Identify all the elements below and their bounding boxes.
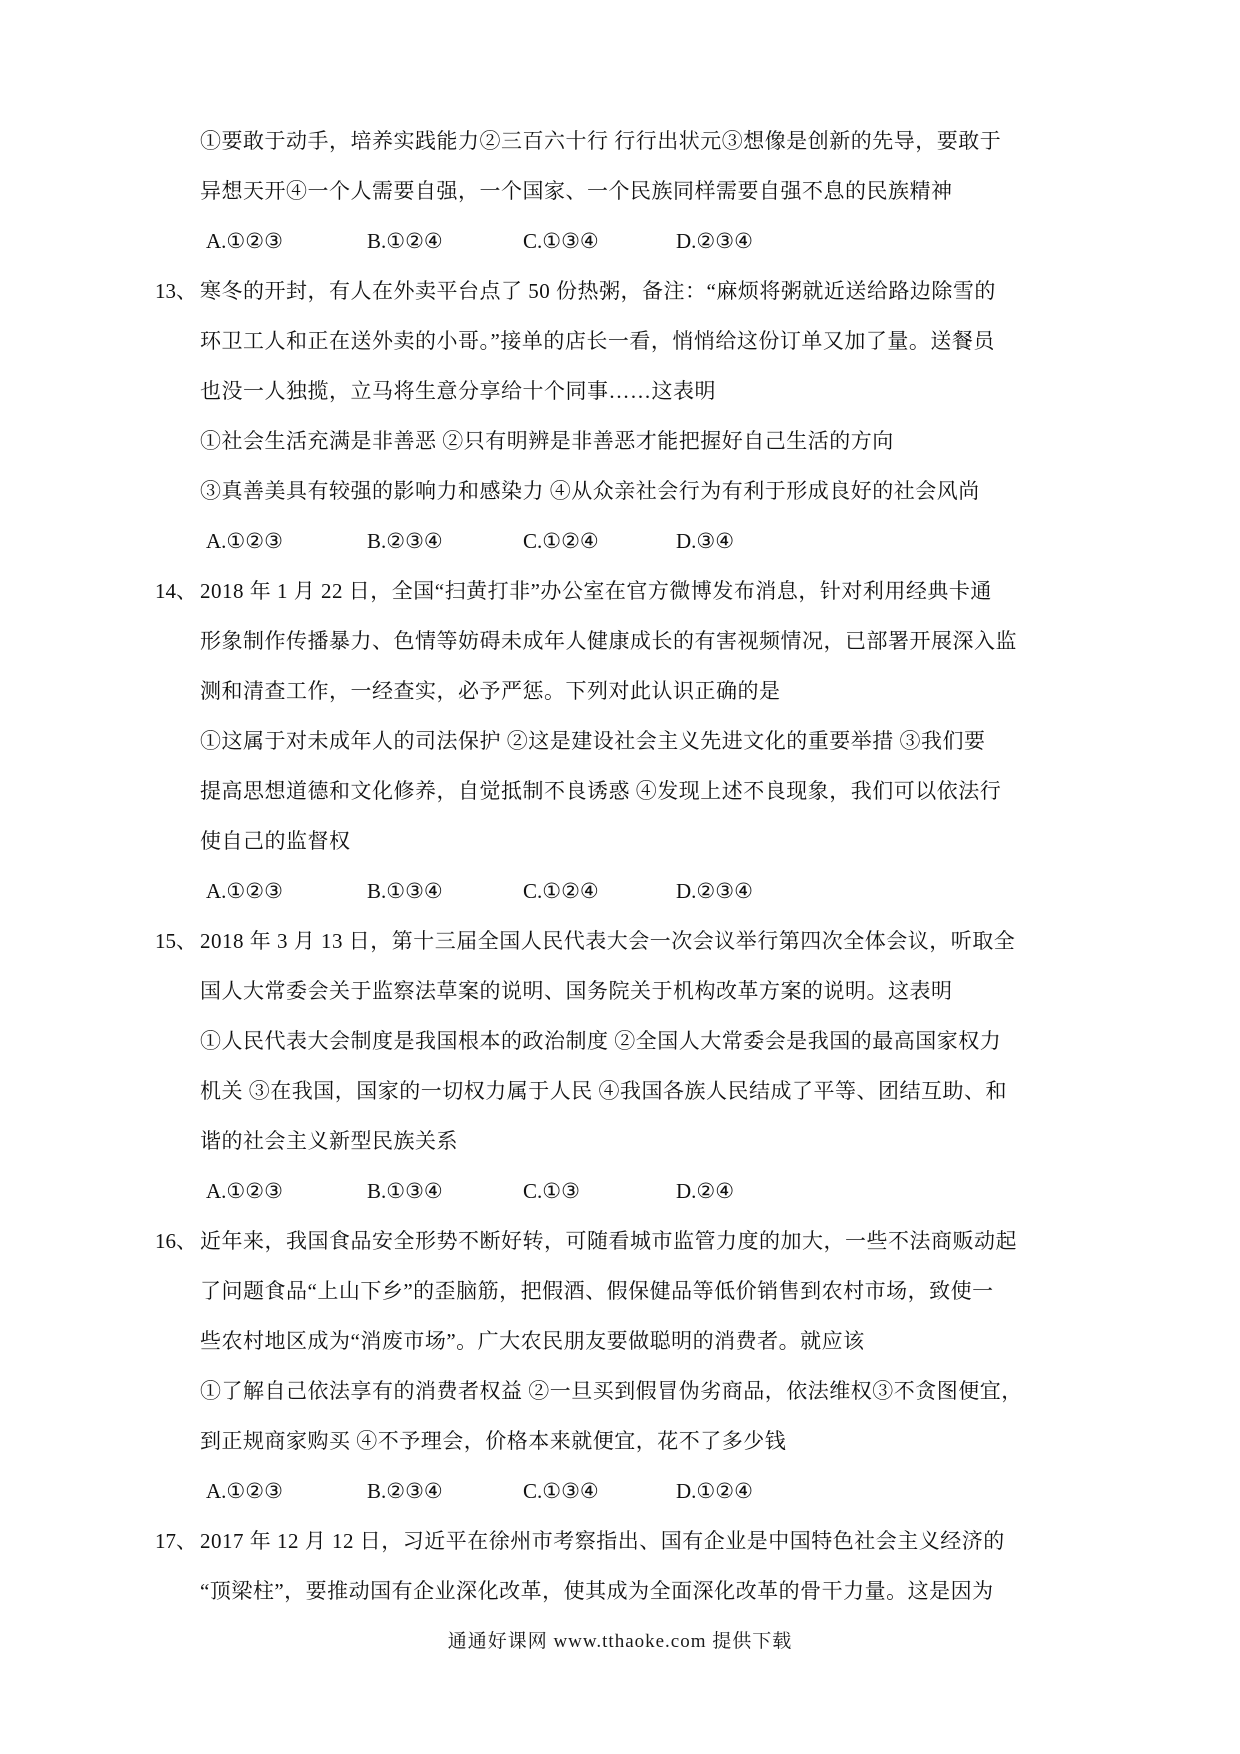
exam-content: ①要敢于动手，培养实践能力②三百六十行 行行出状元③想像是创新的先导，要敢于 异… bbox=[200, 116, 990, 1616]
question-line: ①人民代表大会制度是我国根本的政治制度 ②全国人大常委会是我国的最高国家权力 bbox=[200, 1016, 990, 1066]
option-d: D.③④ bbox=[676, 516, 990, 566]
question-line: 近年来，我国食品安全形势不断好转，可随看城市监管力度的加大，一些不法商贩动起 bbox=[200, 1216, 990, 1266]
option-d: D.②④ bbox=[676, 1166, 990, 1216]
option-d: D.①②④ bbox=[676, 1466, 990, 1516]
question-line: ①社会生活充满是非善恶 ②只有明辨是非善恶才能把握好自己生活的方向 bbox=[200, 416, 990, 466]
option-d: D.②③④ bbox=[676, 216, 990, 266]
question-line: 也没一人独揽，立马将生意分享给十个同事……这表明 bbox=[200, 366, 990, 416]
question-line: 到正规商家购买 ④不予理会，价格本来就便宜，花不了多少钱 bbox=[200, 1416, 990, 1466]
option-c: C.①②④ bbox=[523, 866, 676, 916]
option-a: A.①②③ bbox=[206, 216, 367, 266]
question-line: 提高思想道德和文化修养，自觉抵制不良诱惑 ④发现上述不良现象，我们可以依法行 bbox=[200, 766, 990, 816]
options-row: A.①②③ B.①②④ C.①③④ D.②③④ bbox=[200, 216, 990, 266]
question-line: 测和清查工作，一经查实，必予严惩。下列对此认识正确的是 bbox=[200, 666, 990, 716]
option-b: B.①③④ bbox=[367, 1166, 523, 1216]
question-line: 寒冬的开封，有人在外卖平台点了 50 份热粥，备注：“麻烦将粥就近送给路边除雪的 bbox=[200, 266, 990, 316]
exam-page: ①要敢于动手，培养实践能力②三百六十行 行行出状元③想像是创新的先导，要敢于 异… bbox=[0, 0, 1240, 1754]
question-block-15: 15、 2018 年 3 月 13 日，第十三届全国人民代表大会一次会议举行第四… bbox=[200, 916, 990, 1216]
question-line: 2018 年 1 月 22 日，全国“扫黄打非”办公室在官方微博发布消息，针对利… bbox=[200, 566, 990, 616]
question-line: 些农村地区成为“消废市场”。广大农民朋友要做聪明的消费者。就应该 bbox=[200, 1316, 990, 1366]
options-row: A.①②③ B.②③④ C.①③④ D.①②④ bbox=[200, 1466, 990, 1516]
question-line: 形象制作传播暴力、色情等妨碍未成年人健康成长的有害视频情况，已部署开展深入监 bbox=[200, 616, 990, 666]
option-c: C.①③④ bbox=[523, 216, 676, 266]
question-line: ①要敢于动手，培养实践能力②三百六十行 行行出状元③想像是创新的先导，要敢于 bbox=[200, 116, 990, 166]
option-a: A.①②③ bbox=[206, 1466, 367, 1516]
question-block-13: 13、 寒冬的开封，有人在外卖平台点了 50 份热粥，备注：“麻烦将粥就近送给路… bbox=[200, 266, 990, 566]
question-line: 谐的社会主义新型民族关系 bbox=[200, 1116, 990, 1166]
question-line: 异想天开④一个人需要自强，一个国家、一个民族同样需要自强不息的民族精神 bbox=[200, 166, 990, 216]
question-line: 机关 ③在我国，国家的一切权力属于人民 ④我国各族人民结成了平等、团结互助、和 bbox=[200, 1066, 990, 1116]
question-block-14: 14、 2018 年 1 月 22 日，全国“扫黄打非”办公室在官方微博发布消息… bbox=[200, 566, 990, 916]
question-line: 使自己的监督权 bbox=[200, 816, 990, 866]
option-b: B.①③④ bbox=[367, 866, 523, 916]
option-c: C.①③④ bbox=[523, 1466, 676, 1516]
question-line: 了问题食品“上山下乡”的歪脑筋，把假酒、假保健品等低价销售到农村市场，致使一 bbox=[200, 1266, 990, 1316]
question-line: 2017 年 12 月 12 日，习近平在徐州市考察指出、国有企业是中国特色社会… bbox=[200, 1516, 990, 1566]
question-block-16: 16、 近年来，我国食品安全形势不断好转，可随看城市监管力度的加大，一些不法商贩… bbox=[200, 1216, 990, 1516]
question-line: ①了解自己依法享有的消费者权益 ②一旦买到假冒伪劣商品，依法维权③不贪图便宜， bbox=[200, 1366, 990, 1416]
options-row: A.①②③ B.①③④ C.①③ D.②④ bbox=[200, 1166, 990, 1216]
question-line: ①这属于对未成年人的司法保护 ②这是建设社会主义先进文化的重要举措 ③我们要 bbox=[200, 716, 990, 766]
question-line: ③真善美具有较强的影响力和感染力 ④从众亲社会行为有利于形成良好的社会风尚 bbox=[200, 466, 990, 516]
option-b: B.①②④ bbox=[367, 216, 523, 266]
question-number: 14、 bbox=[155, 566, 197, 616]
question-number: 17、 bbox=[155, 1516, 197, 1566]
option-c: C.①②④ bbox=[523, 516, 676, 566]
option-a: A.①②③ bbox=[206, 516, 367, 566]
option-d: D.②③④ bbox=[676, 866, 990, 916]
question-line: 国人大常委会关于监察法草案的说明、国务院关于机构改革方案的说明。这表明 bbox=[200, 966, 990, 1016]
option-b: B.②③④ bbox=[367, 1466, 523, 1516]
option-b: B.②③④ bbox=[367, 516, 523, 566]
option-a: A.①②③ bbox=[206, 866, 367, 916]
footer-watermark: 通通好课网 www.tthaoke.com 提供下载 bbox=[0, 1626, 1240, 1653]
question-line: 环卫工人和正在送外卖的小哥。”接单的店长一看，悄悄给这份订单又加了量。送餐员 bbox=[200, 316, 990, 366]
question-line: 2018 年 3 月 13 日，第十三届全国人民代表大会一次会议举行第四次全体会… bbox=[200, 916, 990, 966]
question-block-17: 17、 2017 年 12 月 12 日，习近平在徐州市考察指出、国有企业是中国… bbox=[200, 1516, 990, 1616]
question-number: 13、 bbox=[155, 266, 197, 316]
question-number: 15、 bbox=[155, 916, 197, 966]
question-block-12: ①要敢于动手，培养实践能力②三百六十行 行行出状元③想像是创新的先导，要敢于 异… bbox=[200, 116, 990, 266]
question-number: 16、 bbox=[155, 1216, 197, 1266]
option-c: C.①③ bbox=[523, 1166, 676, 1216]
question-line: “顶梁柱”，要推动国有企业深化改革，使其成为全面深化改革的骨干力量。这是因为 bbox=[200, 1566, 990, 1616]
options-row: A.①②③ B.②③④ C.①②④ D.③④ bbox=[200, 516, 990, 566]
options-row: A.①②③ B.①③④ C.①②④ D.②③④ bbox=[200, 866, 990, 916]
option-a: A.①②③ bbox=[206, 1166, 367, 1216]
